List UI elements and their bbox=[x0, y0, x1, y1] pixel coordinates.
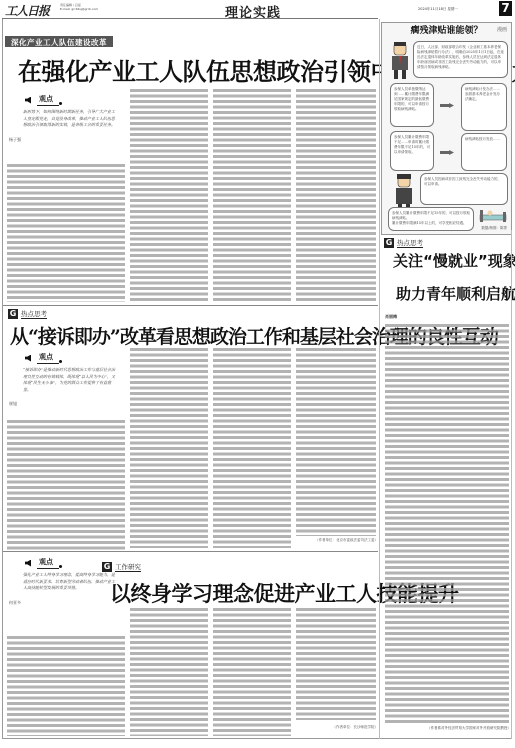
article2-byline: （作者单位：北京市委政法委司法工委） bbox=[296, 538, 378, 546]
article2-body-col1 bbox=[7, 420, 125, 550]
article1-body-col3 bbox=[213, 89, 291, 302]
article4-headline-line1[interactable]: 关注“慢就业”现象 bbox=[393, 250, 515, 271]
article2-viewpoint: 观点 “接诉即办”是推动新时代思想政治工作与基层社会治理良性互动的有效载体，既体… bbox=[5, 352, 125, 407]
arrow-right-icon bbox=[440, 103, 454, 108]
article3-body-col1 bbox=[7, 636, 125, 736]
infographic-intro: 近日，人社部、财政部联合印发《企业职工基本养老保险病残津贴暂行办法》，明确自20… bbox=[413, 41, 508, 78]
article4-byline: （作者系对外经济贸易大学国家对外开放研究院教授） bbox=[383, 726, 511, 734]
viewpoint-label: 观点 bbox=[37, 557, 59, 569]
divider bbox=[3, 305, 378, 306]
dot-icon bbox=[59, 102, 62, 105]
infographic-box-1: 参保人员单独缴纳达到……累计缴费年限满足国家规定的最低缴费年限的，可以申请按月领… bbox=[390, 83, 434, 127]
divider bbox=[3, 551, 378, 552]
section-label-text: 工作研究 bbox=[115, 562, 141, 572]
viewpoint-summary: 强化产业工人终身学习理念，提高终身学习能力，是适应时代新要求、培育新型劳动者队伍… bbox=[5, 569, 125, 592]
editor-email: E-mail: grrbllsj@grrb.com bbox=[60, 7, 98, 11]
section-logo-icon: G bbox=[8, 309, 18, 319]
article1-body-col4 bbox=[296, 89, 376, 302]
infographic-box-4: 病残津贴按月发放…… bbox=[461, 133, 507, 171]
article4-body bbox=[385, 324, 509, 724]
section-logo-icon: G bbox=[384, 238, 394, 248]
article3-body-col4 bbox=[296, 608, 376, 720]
article2-body-col3 bbox=[213, 348, 291, 548]
infographic-box-3: 参保人员累计缴费年限不足……申请时累计缴费年限不足15年的，可以申请领取。 bbox=[390, 131, 434, 171]
page-border-left bbox=[2, 19, 3, 739]
article3-author: 何亚多 bbox=[5, 600, 125, 606]
article4-headline-line2[interactable]: 助力青年顺利启航 bbox=[396, 283, 515, 304]
article4-section-label: G 热点思考 bbox=[384, 238, 423, 248]
infographic-list-item: 参保人员累计缴费年限不足15年的，可以按月领取病残津贴。 bbox=[392, 211, 470, 221]
infographic-box-2: 病残津贴计发办法……参照基本养老金计发办法确定。 bbox=[461, 83, 507, 131]
dot-icon bbox=[59, 360, 62, 363]
arrow-right-icon bbox=[440, 150, 454, 155]
hospital-bed-icon bbox=[478, 207, 508, 225]
dot-icon bbox=[59, 565, 62, 568]
page-border-bottom bbox=[2, 738, 512, 739]
article2-author: 崔旭 bbox=[5, 401, 125, 407]
article3-byline: （作者单位：长沙师范学院） bbox=[296, 725, 378, 733]
article2-body-col2 bbox=[130, 348, 208, 548]
page-border-right bbox=[511, 230, 512, 739]
infographic-credit: 数据/制图：陈菁 bbox=[481, 226, 507, 231]
article3-section-label: G 工作研究 bbox=[102, 562, 141, 572]
viewpoint-summary: “接诉即办”是推动新时代思想政治工作与基层社会治理良性互动的有效载体，既体现“以… bbox=[5, 364, 125, 393]
article1-viewpoint: 观点 新形势下，如何围绕新时期新任务，引导广大产业工人坚定跟党走，自觉投身改革，… bbox=[5, 94, 125, 143]
article1-body-col2 bbox=[130, 89, 208, 302]
speaker-icon bbox=[25, 355, 31, 362]
article1-body-col1 bbox=[7, 164, 125, 302]
viewpoint-label: 观点 bbox=[37, 94, 59, 106]
editor-info: 责任编辑 / 吕泓 E-mail: grrbllsj@grrb.com bbox=[60, 3, 98, 11]
issue-date: 2024年11月18日 星期一 bbox=[418, 7, 458, 12]
article1-section-tag: 深化产业工人队伍建设改革 bbox=[5, 36, 113, 47]
article2-section-label: G 热点思考 bbox=[8, 309, 47, 319]
article2-body-col4 bbox=[296, 348, 376, 536]
cartoon-man-icon bbox=[388, 41, 412, 81]
article1-author: 杨子强 bbox=[5, 137, 125, 143]
infographic-title: 瘸残津贴谁能领？ bbox=[382, 23, 511, 39]
infographic: 瘸残津贴谁能领？ 漫画 近日，人社部、财政部联合印发《企业职工基本养老保险病残津… bbox=[381, 22, 512, 235]
section-label-text: 热点思考 bbox=[397, 238, 423, 248]
infographic-list-item: 累计缴费年限满15年以上的，可享受相应待遇。 bbox=[392, 221, 470, 226]
article3-body-col3 bbox=[213, 608, 291, 736]
article3-body-col2 bbox=[130, 608, 208, 736]
viewpoint-label: 观点 bbox=[37, 352, 59, 364]
page-number: 7 bbox=[499, 1, 512, 16]
speaker-icon bbox=[25, 97, 31, 104]
header-divider bbox=[2, 18, 378, 19]
newspaper-logo: 工人日报 bbox=[5, 2, 49, 19]
speaker-icon bbox=[25, 560, 31, 567]
infographic-box-5: 参保人员因病或非因工致残完全丧失劳动能力的，可以申请。 bbox=[420, 173, 508, 205]
viewpoint-summary: 新形势下，如何围绕新时期新任务，引导广大产业工人坚定跟党走，自觉投身改革，推动产… bbox=[5, 106, 125, 129]
masthead: 工人日报 责任编辑 / 吕泓 E-mail: grrbllsj@grrb.com… bbox=[0, 0, 515, 18]
column-divider bbox=[379, 19, 380, 739]
infographic-corner-mark: 漫画 bbox=[497, 26, 507, 33]
article4-author: 肖丽梅 bbox=[385, 314, 425, 320]
section-label-text: 热点思考 bbox=[21, 309, 47, 319]
section-logo-icon: G bbox=[102, 562, 112, 572]
infographic-list: 参保人员累计缴费年限不足15年的，可以按月领取病残津贴。 累计缴费年限满15年以… bbox=[388, 207, 474, 231]
